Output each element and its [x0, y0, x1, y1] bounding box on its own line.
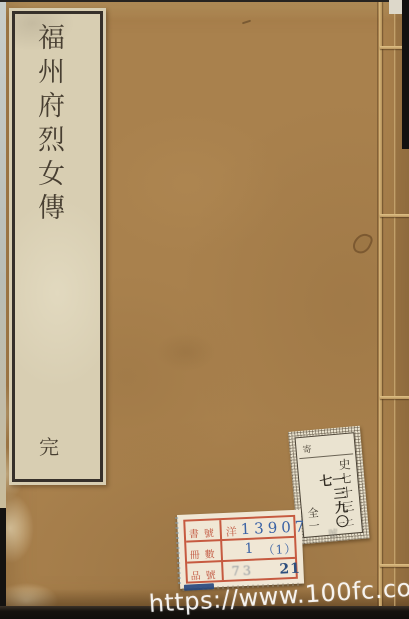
row-label-book-number: 書號: [188, 524, 219, 540]
book-title: 福州府烈女傳: [35, 23, 62, 227]
accession-table: 書號 洋 13907 冊數 1 （1） 品號 73 21: [183, 515, 298, 584]
end-mark: 完: [39, 431, 59, 460]
cover-stain-squiggle: [350, 230, 374, 256]
accession-label: 書號 洋 13907 冊數 1 （1） 品號 73 21: [177, 510, 304, 589]
binding-stitch: [380, 214, 409, 217]
binding-stitch: [380, 564, 409, 567]
book-number-value: 13907: [240, 517, 308, 538]
item-number-faint-stamp: 73: [231, 564, 254, 580]
row-label-item-number: 品號: [190, 566, 221, 582]
cover-stain-blob: [156, 332, 216, 372]
photo-corner-white-patch: [389, 0, 402, 14]
binding-stitch: [380, 396, 409, 399]
title-label: 福州府烈女傳 完: [9, 8, 106, 485]
smudged-character: 號: [327, 525, 338, 541]
volume-count-value: 1: [244, 541, 254, 557]
binding-thread-vertical: [379, 2, 382, 607]
volume-count-paren: （1）: [262, 540, 297, 558]
item-number-stamp: 21: [279, 561, 301, 578]
call-number-header-mark: 寄: [302, 442, 312, 456]
row-label-volume-count: 冊數: [189, 545, 220, 561]
binding-crease: [377, 2, 378, 607]
cover-stain-dash: [242, 20, 251, 25]
book-cover-photo: 福州府烈女傳 完 寄 史七十三 二一 一三九〇七 全一 號 書號 洋 13907…: [0, 0, 409, 619]
photo-backdrop-top-right: [402, 0, 409, 149]
book-number-prefix: 洋: [225, 523, 237, 539]
